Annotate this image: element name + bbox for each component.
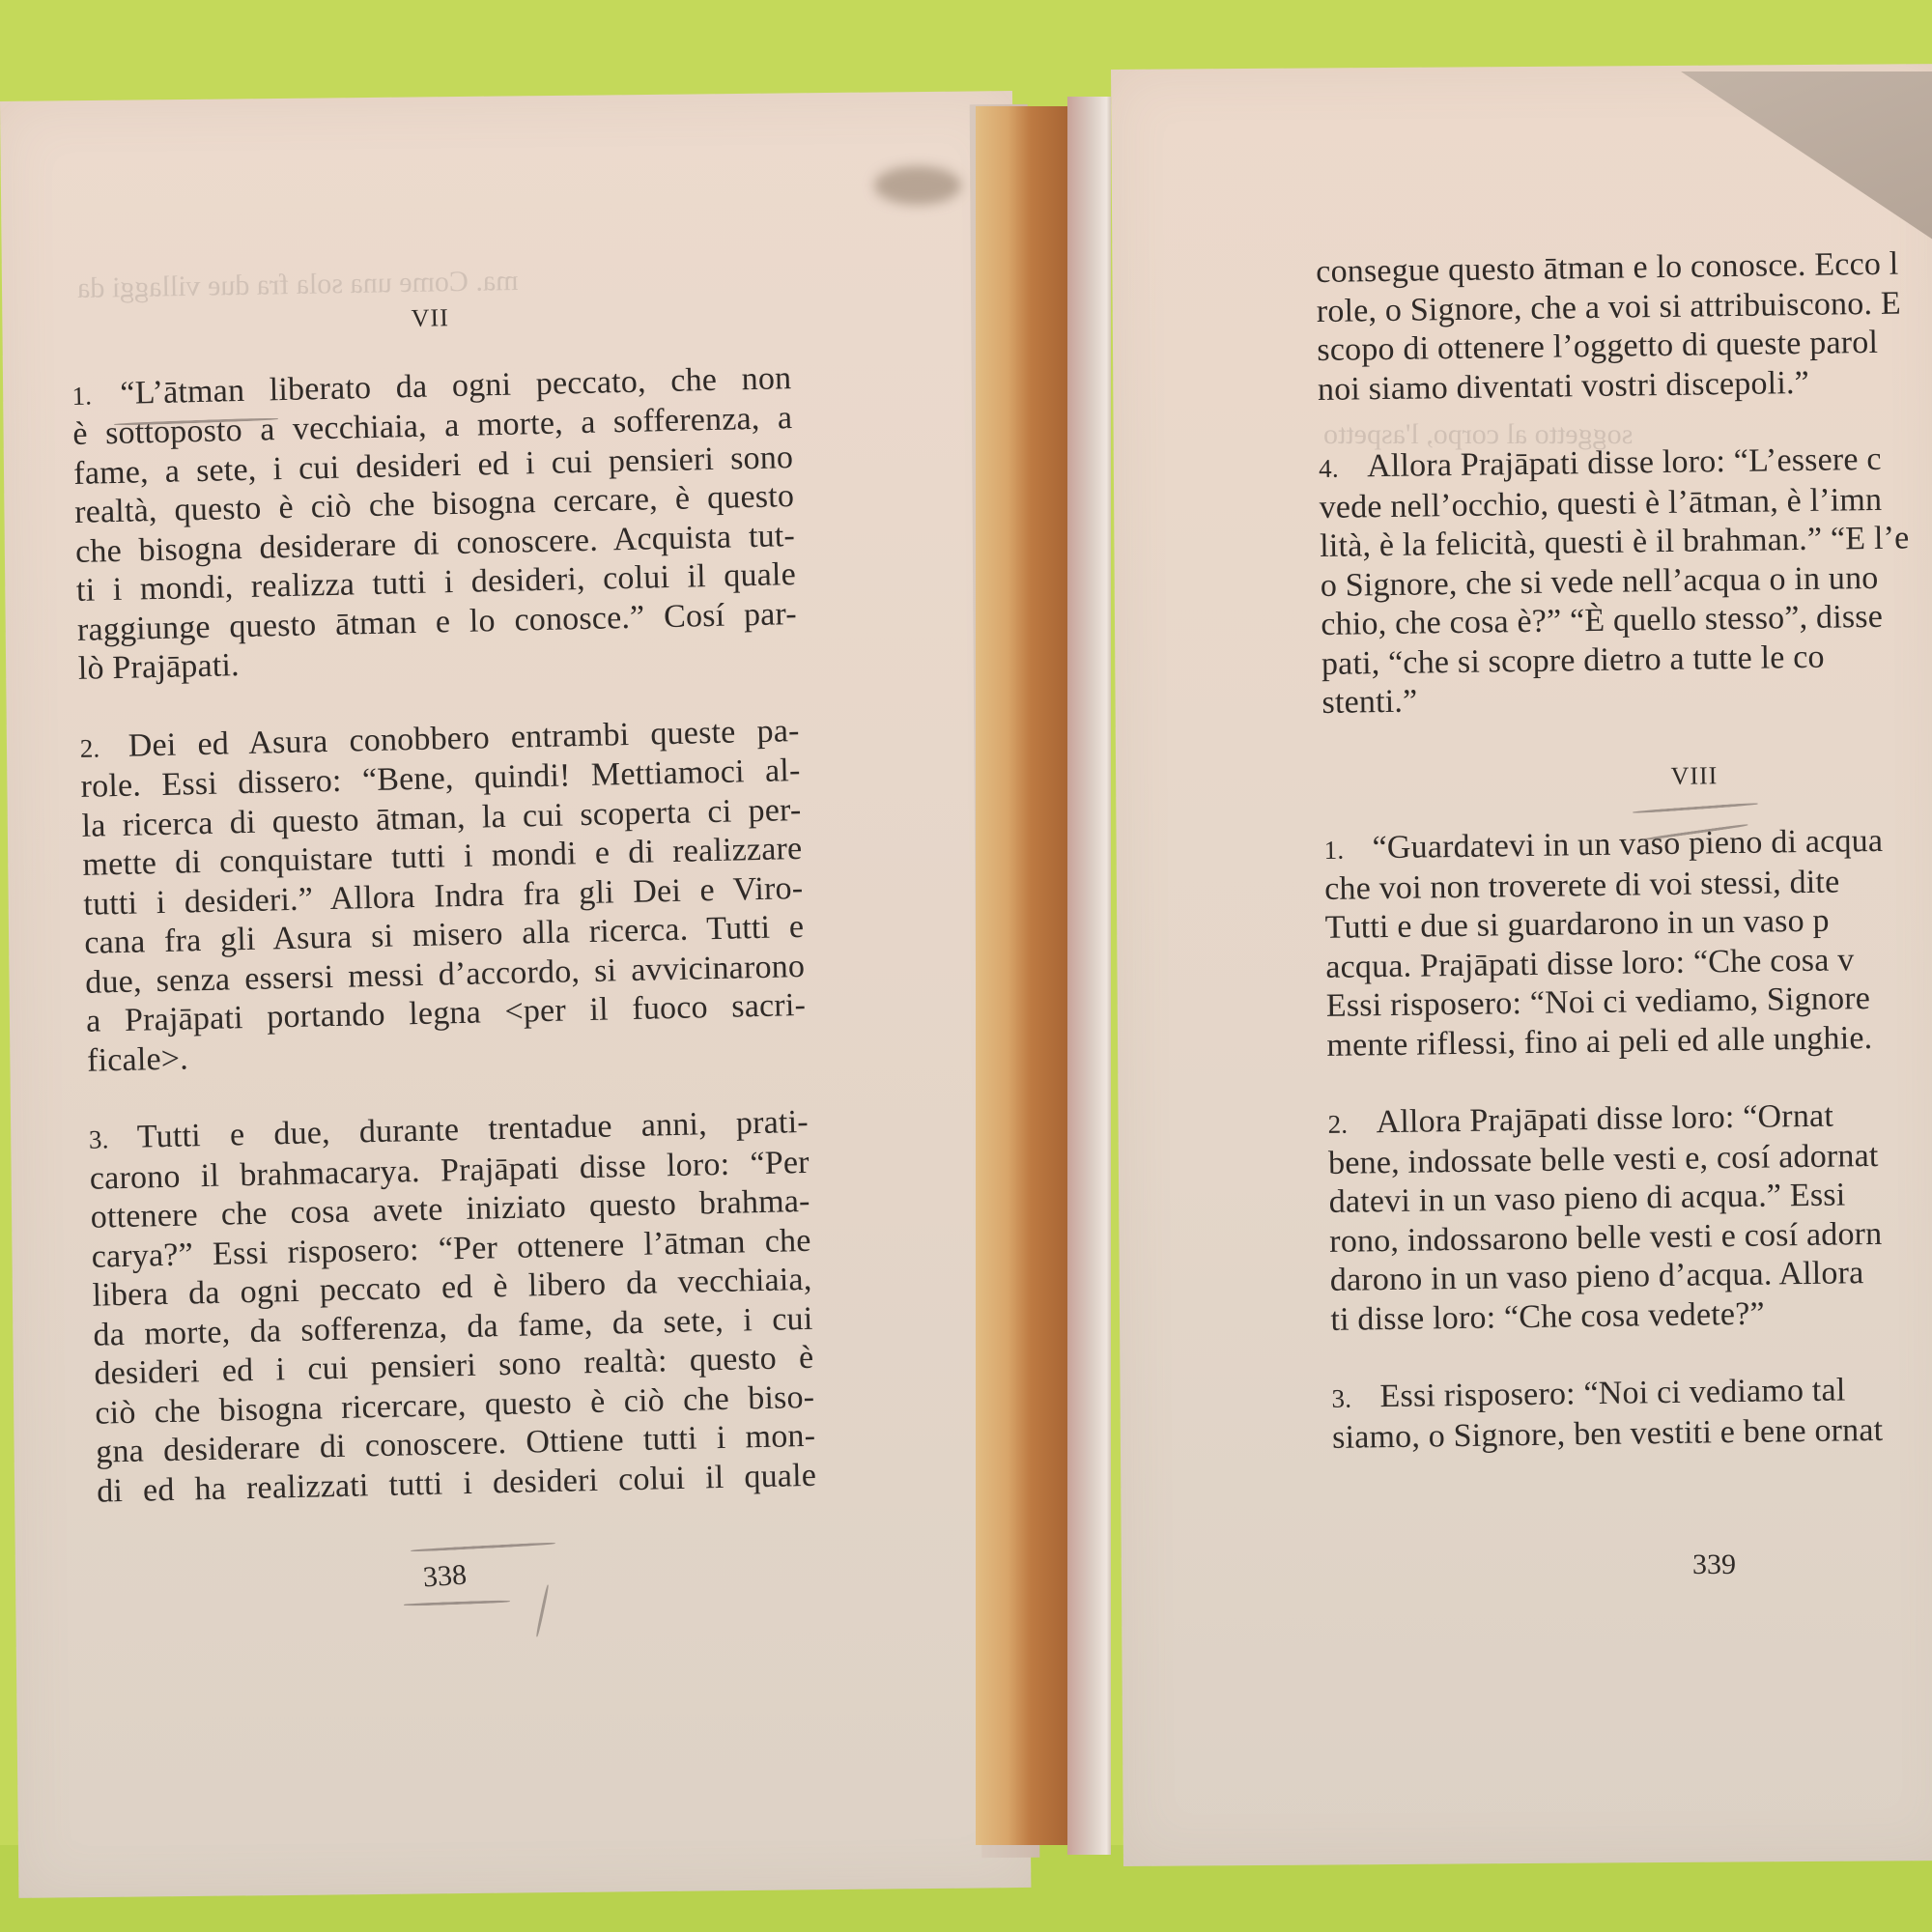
paragraph-number: 3. — [1331, 1378, 1380, 1418]
paragraph-2: 2.Allora Prajāpati disse loro: “Ornat be… — [1327, 1094, 1932, 1340]
paragraph-number: 2. — [79, 727, 128, 768]
page-number-right: 339 — [1692, 1548, 1736, 1581]
paragraph-4: 4.Allora Prajāpati disse loro: “L’essere… — [1319, 439, 1932, 723]
paragraph-number: 2. — [1327, 1104, 1377, 1144]
continuation-paragraph: consegue questo ātman e lo conosce. Ecco… — [1316, 243, 1932, 410]
book-spine — [976, 106, 1067, 1845]
page-number-left: 338 — [422, 1558, 468, 1594]
paragraph-2: 2.Dei ed Asura conobbero entrambi queste… — [79, 711, 807, 1080]
paragraph-number: 1. — [1323, 830, 1373, 869]
paragraph-number: 1. — [71, 375, 121, 415]
chapter-heading: VIII — [1322, 753, 1932, 801]
right-page-text: consegue questo ātman e lo conosce. Ecco… — [1316, 243, 1932, 1496]
left-page-text: VII 1.“L’ātman liberato da ogni peccato,… — [70, 273, 817, 1550]
paragraph-3: 3.Tutti e due, durante trentadue anni, p… — [88, 1103, 816, 1512]
paragraph-3: 3.Essi risposero: “Noi ci vediamo tal si… — [1331, 1369, 1932, 1458]
paragraph-1: 1.“Guardatevi in un vaso pieno di acqua … — [1323, 820, 1932, 1065]
chapter-heading: VII — [70, 291, 790, 346]
paragraph-number: 3. — [89, 1120, 138, 1160]
page-edge-right — [1067, 97, 1111, 1855]
paragraph-1: 1.“L’ātman liberato da ogni peccato, che… — [71, 359, 798, 690]
paragraph-number: 4. — [1319, 448, 1368, 488]
paper-stain — [874, 166, 961, 205]
